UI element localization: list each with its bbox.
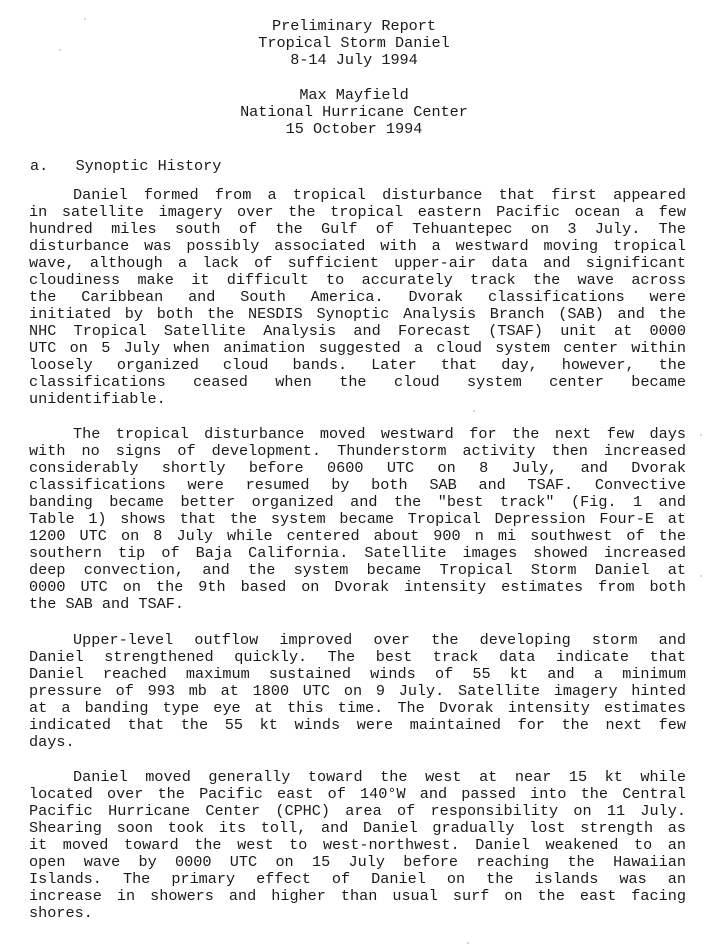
text-line: classifications were resumed by both SAB… <box>29 477 686 494</box>
text-line: deep convection, and the system became T… <box>29 562 686 579</box>
report-date: 15 October 1994 <box>0 121 708 138</box>
scan-speck <box>467 942 469 944</box>
text-line: Table 1) shows that the system became Tr… <box>29 511 686 528</box>
text-line: Daniel strengthened quickly. The best tr… <box>29 649 686 666</box>
text-line: the Caribbean and South America. Dvorak … <box>29 289 686 306</box>
text-line: with no signs of development. Thundersto… <box>29 443 686 460</box>
text-line: located over the Pacific east of 140°W a… <box>29 786 686 803</box>
author-name: Max Mayfield <box>0 87 708 104</box>
text-line: classifications ceased when the cloud sy… <box>29 374 686 391</box>
text-line: Daniel formed from a tropical disturbanc… <box>29 187 686 204</box>
paragraph-development: The tropical disturbance moved westward … <box>29 426 686 613</box>
scan-speck <box>473 410 475 412</box>
text-line: Daniel moved generally toward the west a… <box>29 769 686 786</box>
paragraph-genesis: Daniel formed from a tropical disturbanc… <box>29 187 686 408</box>
text-line: considerably shortly before 0600 UTC on … <box>29 460 686 477</box>
text-line: 1200 UTC on 8 July while centered about … <box>29 528 686 545</box>
report-title-block: Preliminary Report Tropical Storm Daniel… <box>0 18 708 69</box>
text-line: cloudiness make it difficult to accurate… <box>29 272 686 289</box>
text-line: NHC Tropical Satellite Analysis and Fore… <box>29 323 686 340</box>
text-line: indicated that the 55 kt winds were main… <box>29 717 686 734</box>
author-block: Max Mayfield National Hurricane Center 1… <box>0 87 708 138</box>
text-line: in satellite imagery over the tropical e… <box>29 204 686 221</box>
text-line: loosely organized cloud bands. Later tha… <box>29 357 686 374</box>
text-line: at a banding type eye at this time. The … <box>29 700 686 717</box>
text-line: UTC on 5 July when animation suggested a… <box>29 340 686 357</box>
text-line: Islands. The primary effect of Daniel on… <box>29 871 686 888</box>
section-heading: a. Synoptic History <box>30 158 221 175</box>
text-line: unidentifiable. <box>29 391 686 408</box>
storm-name: Tropical Storm Daniel <box>0 35 708 52</box>
text-line: hundred miles south of the Gulf of Tehua… <box>29 221 686 238</box>
text-line: wave, although a lack of sufficient uppe… <box>29 255 686 272</box>
text-line: days. <box>29 734 686 751</box>
scan-speck <box>700 434 702 436</box>
scan-speck <box>84 18 86 20</box>
text-line: The tropical disturbance moved westward … <box>29 426 686 443</box>
text-line: Daniel reached maximum sustained winds o… <box>29 666 686 683</box>
text-line: southern tip of Baja California. Satelli… <box>29 545 686 562</box>
scan-speck <box>59 49 61 51</box>
text-line: increase in showers and higher than usua… <box>29 888 686 905</box>
text-line: Upper-level outflow improved over the de… <box>29 632 686 649</box>
scanned-document-page: Preliminary Report Tropical Storm Daniel… <box>0 0 708 951</box>
text-line: shores. <box>29 905 686 922</box>
text-line: 0000 UTC on the 9th based on Dvorak inte… <box>29 579 686 596</box>
scan-speck <box>700 575 702 577</box>
text-line: initiated by both the NESDIS Synoptic An… <box>29 306 686 323</box>
paragraph-intensification: Upper-level outflow improved over the de… <box>29 632 686 751</box>
report-type: Preliminary Report <box>0 18 708 35</box>
text-line: it moved toward the west to west-northwe… <box>29 837 686 854</box>
text-line: Pacific Hurricane Center (CPHC) area of … <box>29 803 686 820</box>
text-line: pressure of 993 mb at 1800 UTC on 9 July… <box>29 683 686 700</box>
text-line: disturbance was possibly associated with… <box>29 238 686 255</box>
paragraph-dissipation: Daniel moved generally toward the west a… <box>29 769 686 922</box>
author-organization: National Hurricane Center <box>0 104 708 121</box>
text-line: open wave by 0000 UTC on 15 July before … <box>29 854 686 871</box>
text-line: banding became better organized and the … <box>29 494 686 511</box>
storm-dates: 8-14 July 1994 <box>0 52 708 69</box>
text-line: Shearing soon took its toll, and Daniel … <box>29 820 686 837</box>
text-line: the SAB and TSAF. <box>29 596 686 613</box>
